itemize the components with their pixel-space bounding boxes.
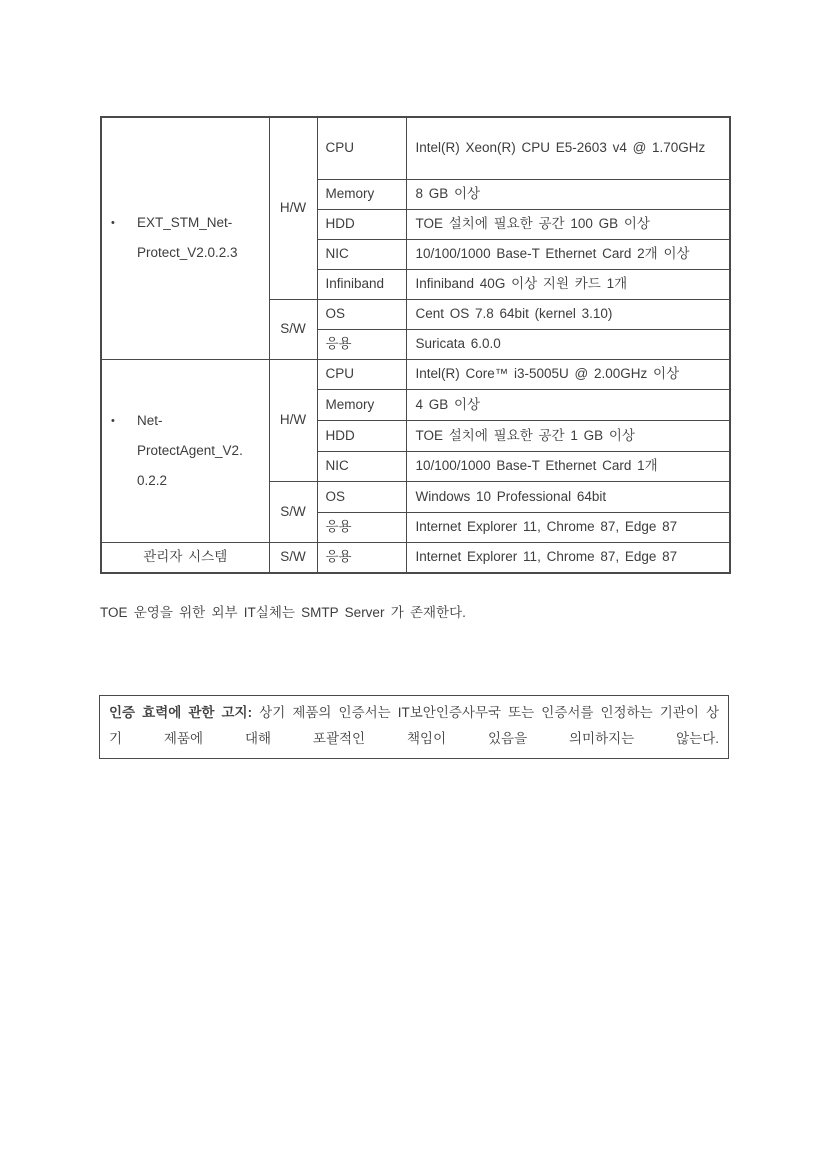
table-row: 관리자 시스템 S/W 응용 Internet Explorer 11, Chr… xyxy=(101,542,730,573)
body-sentence: TOE 운영을 위한 외부 IT실체는 SMTP Server 가 존재한다. xyxy=(100,600,740,626)
document-page: • EXT_STM_Net- Protect_V2.0.2.3 H/W CPU … xyxy=(0,0,827,1169)
table-row: • Net- ProtectAgent_V2. 0.2.2 H/W CPU In… xyxy=(101,359,730,389)
spec-label-cell: OS xyxy=(317,299,406,329)
spec-value-cell: Intel(R) Core™ i3-5005U @ 2.00GHz 이상 xyxy=(406,359,730,389)
spec-value-cell: 10/100/1000 Base-T Ethernet Card 2개 이상 xyxy=(406,239,730,269)
spec-label-cell: Memory xyxy=(317,179,406,209)
component-cell: • EXT_STM_Net- Protect_V2.0.2.3 xyxy=(101,117,269,359)
hw-sw-cell: S/W xyxy=(269,481,317,542)
spec-label-cell: 응용 xyxy=(317,512,406,542)
hw-sw-cell: H/W xyxy=(269,117,317,299)
spec-value-cell: 4 GB 이상 xyxy=(406,389,730,420)
component-cell: • Net- ProtectAgent_V2. 0.2.2 xyxy=(101,359,269,542)
component-name: Net- ProtectAgent_V2. 0.2.2 xyxy=(137,406,265,496)
component-name: EXT_STM_Net- Protect_V2.0.2.3 xyxy=(137,208,265,268)
notice-title: 인증 효력에 관한 고지: xyxy=(109,705,252,720)
bullet-icon: • xyxy=(111,406,125,496)
table-row: • EXT_STM_Net- Protect_V2.0.2.3 H/W CPU … xyxy=(101,117,730,179)
spec-value-cell: TOE 설치에 필요한 공간 1 GB 이상 xyxy=(406,420,730,451)
spec-value-cell: Windows 10 Professional 64bit xyxy=(406,481,730,512)
spec-label-cell: Memory xyxy=(317,389,406,420)
spec-label-cell: 응용 xyxy=(317,542,406,573)
spec-value-cell: Cent OS 7.8 64bit (kernel 3.10) xyxy=(406,299,730,329)
component-cell: 관리자 시스템 xyxy=(101,542,269,573)
spec-value-cell: TOE 설치에 필요한 공간 100 GB 이상 xyxy=(406,209,730,239)
spec-value-cell: Internet Explorer 11, Chrome 87, Edge 87 xyxy=(406,542,730,573)
spec-value-cell: 10/100/1000 Base-T Ethernet Card 1개 xyxy=(406,451,730,481)
spec-value-cell: Intel(R) Xeon(R) CPU E5-2603 v4 @ 1.70GH… xyxy=(406,117,730,179)
spec-label-cell: CPU xyxy=(317,359,406,389)
bullet-icon: • xyxy=(111,208,125,268)
spec-value-cell: Infiniband 40G 이상 지원 카드 1개 xyxy=(406,269,730,299)
notice-box: 인증 효력에 관한 고지: 상기 제품의 인증서는 IT보안인증사무국 또는 인… xyxy=(99,695,729,759)
spec-label-cell: HDD xyxy=(317,420,406,451)
spec-label-cell: OS xyxy=(317,481,406,512)
spec-label-cell: Infiniband xyxy=(317,269,406,299)
hw-sw-cell: S/W xyxy=(269,299,317,359)
hw-sw-cell: H/W xyxy=(269,359,317,481)
spec-label-cell: HDD xyxy=(317,209,406,239)
spec-label-cell: 응용 xyxy=(317,329,406,359)
spec-table: • EXT_STM_Net- Protect_V2.0.2.3 H/W CPU … xyxy=(100,116,731,574)
hw-sw-cell: S/W xyxy=(269,542,317,573)
spec-value-cell: Suricata 6.0.0 xyxy=(406,329,730,359)
spec-label-cell: CPU xyxy=(317,117,406,179)
spec-label-cell: NIC xyxy=(317,239,406,269)
spec-label-cell: NIC xyxy=(317,451,406,481)
spec-value-cell: 8 GB 이상 xyxy=(406,179,730,209)
spec-value-cell: Internet Explorer 11, Chrome 87, Edge 87 xyxy=(406,512,730,542)
